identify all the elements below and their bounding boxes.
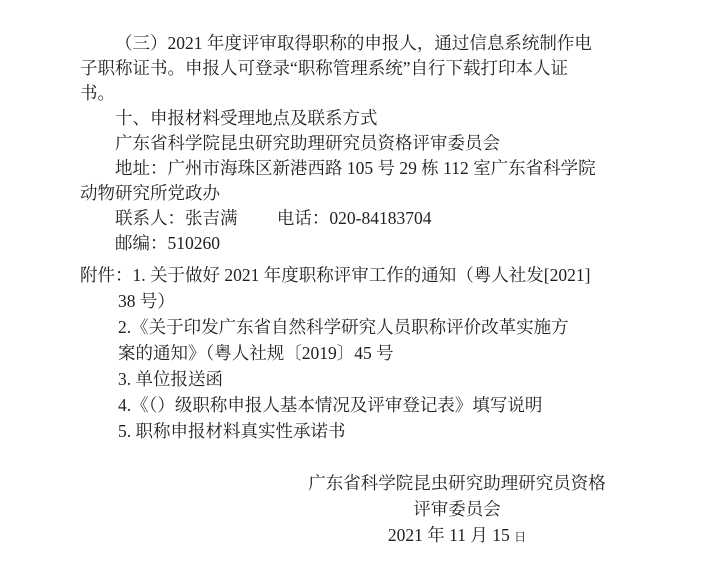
postal-code-line: 邮编：510260 (80, 231, 596, 256)
attachment-4-line: 4.《（）级职称申报人基本情况及评审登记表》填写说明 (80, 392, 590, 418)
address-line-1: 地址：广州市海珠区新港西路 105 号 29 栋 112 室广东省科学院 (80, 156, 596, 181)
signature-block: 广东省科学院昆虫研究助理研究员资格 评审委员会 2021 年 11 月 15 日 (292, 470, 622, 550)
attachments-list: 附件：1. 关于做好 2021 年度职称评审工作的通知（粤人社发[2021] 3… (80, 262, 590, 444)
paragraph-3-line-3: 书。 (80, 81, 596, 106)
attachment-2-line-1: 2.《关于印发广东省自然科学研究人员职称评价改革实施方 (80, 314, 590, 340)
contact-phone-line: 联系人：张吉满 电话：020-84183704 (80, 206, 596, 231)
attachment-2-line-2: 案的通知》（粤人社规〔2019〕45 号 (80, 340, 590, 366)
committee-name-line: 广东省科学院昆虫研究助理研究员资格评审委员会 (80, 131, 596, 156)
document-page: （三）2021 年度评审取得职称的申报人，通过信息系统制作电 子职称证书。申报人… (0, 0, 704, 578)
address-line-2: 动物研究所党政办 (80, 181, 596, 206)
attachment-1-line-1: 附件：1. 关于做好 2021 年度职称评审工作的通知（粤人社发[2021] (80, 262, 590, 288)
paragraph-3-line-1: （三）2021 年度评审取得职称的申报人，通过信息系统制作电 (80, 31, 596, 56)
signature-date-suffix: 日 (514, 530, 526, 544)
attachment-5-line: 5. 职称申报材料真实性承诺书 (80, 418, 590, 444)
signature-date: 2021 年 11 月 15 日 (292, 522, 622, 550)
document-body: （三）2021 年度评审取得职称的申报人，通过信息系统制作电 子职称证书。申报人… (80, 31, 596, 256)
attachment-1-line-2: 38 号） (80, 288, 590, 314)
attachment-3-line: 3. 单位报送函 (80, 366, 590, 392)
signature-org-line-2: 评审委员会 (292, 496, 622, 522)
signature-date-main: 2021 年 11 月 15 (388, 525, 514, 545)
paragraph-3-line-2: 子职称证书。申报人可登录“职称管理系统”自行下载打印本人证 (80, 56, 596, 81)
signature-org-line-1: 广东省科学院昆虫研究助理研究员资格 (292, 470, 622, 496)
section-10-heading: 十、申报材料受理地点及联系方式 (80, 106, 596, 131)
